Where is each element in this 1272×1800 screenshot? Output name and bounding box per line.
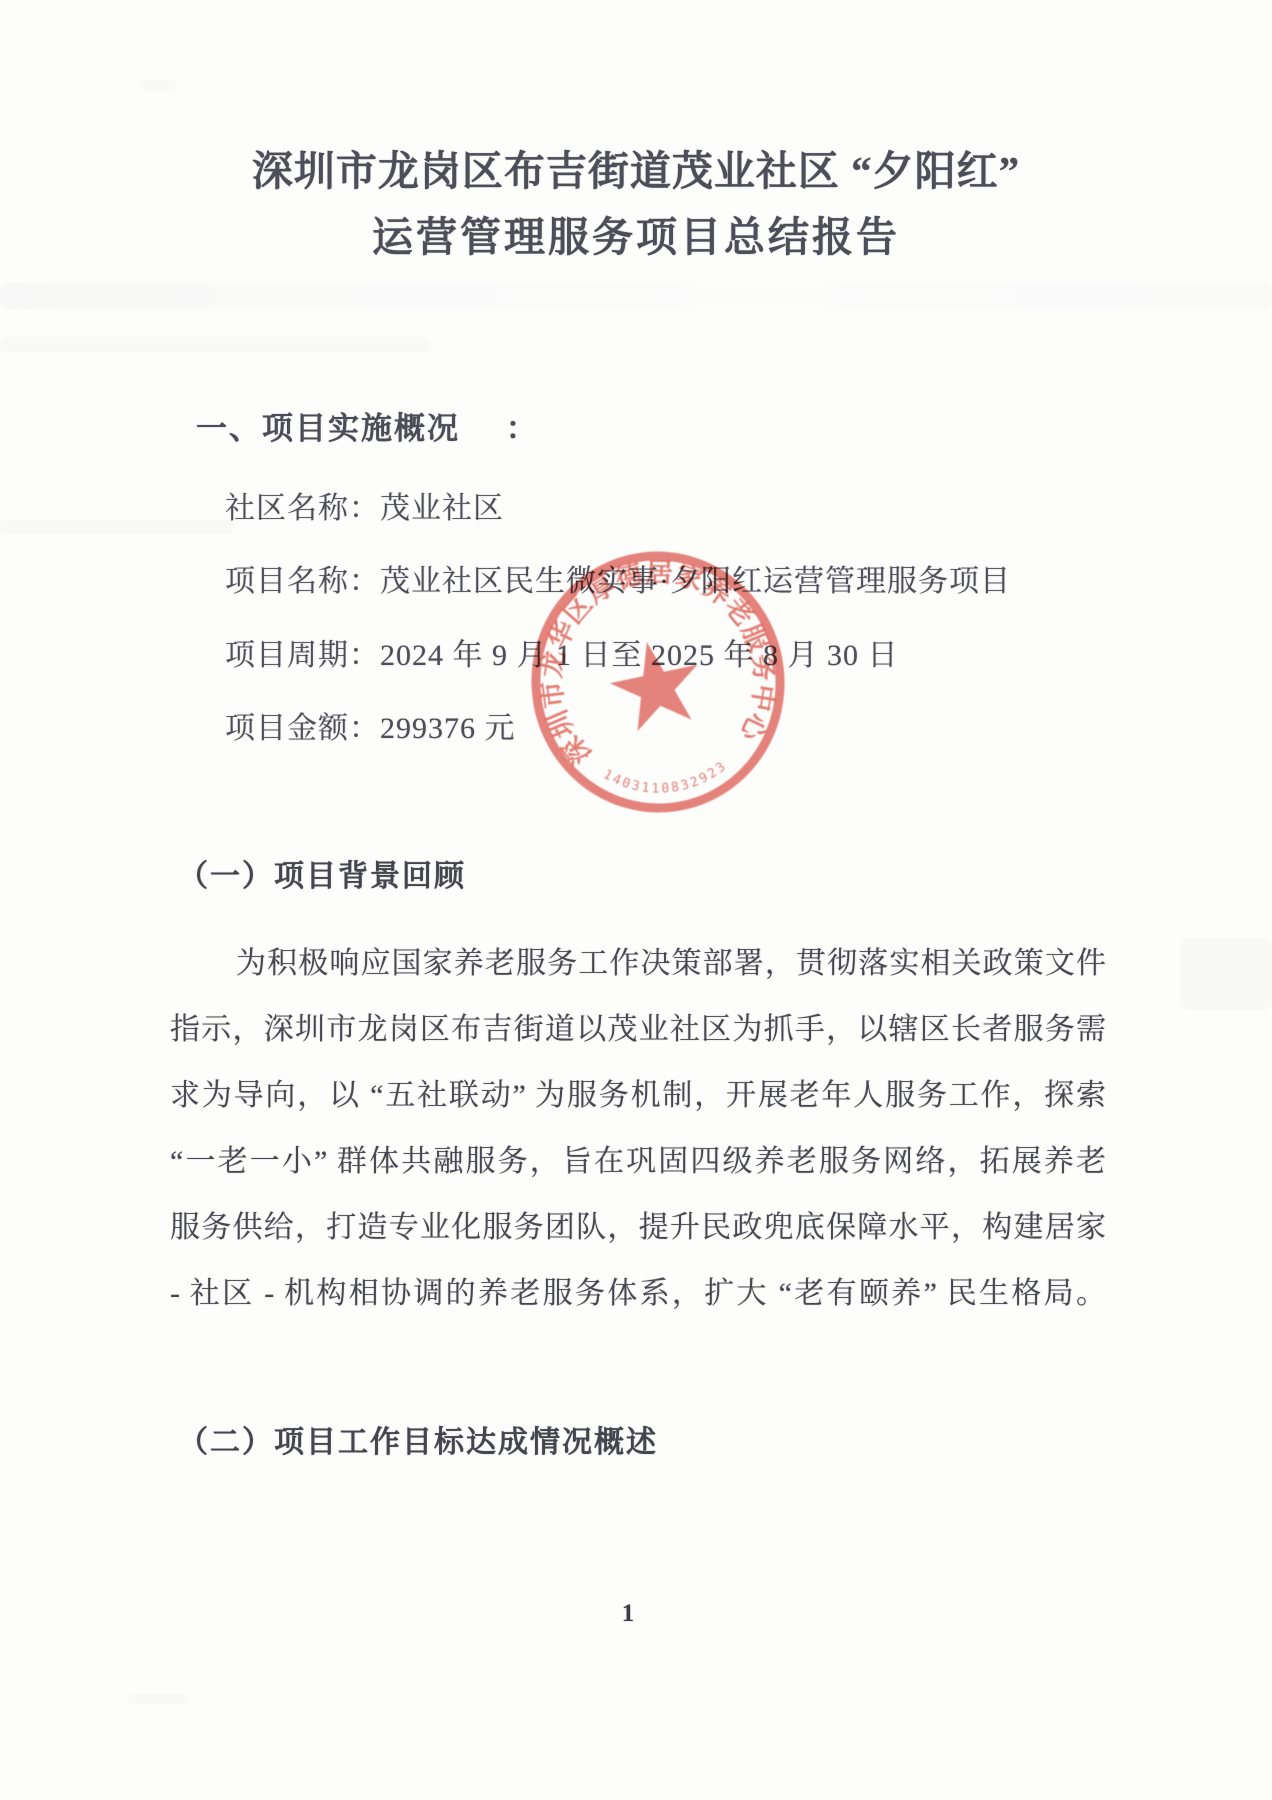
info-label: 项目名称： bbox=[225, 565, 380, 598]
section-heading-colon: ： bbox=[506, 411, 539, 446]
info-label: 项目金额： bbox=[225, 712, 380, 745]
official-seal-stamp: 深圳市龙华区厚德居家养老服务中心 1403110832923 bbox=[518, 540, 798, 830]
info-row-project-amount: 项目金额：299376 元 bbox=[225, 703, 516, 747]
scan-artifact bbox=[0, 283, 1272, 309]
scan-artifact bbox=[0, 337, 430, 353]
subsection-heading-goals: （二）项目工作目标达成情况概述 bbox=[178, 1417, 658, 1461]
info-label: 项目周期： bbox=[225, 639, 380, 672]
star-icon bbox=[606, 637, 704, 733]
paragraph-line: 求为导向，以 “五社联动” 为服务机制，开展老年人服务工作，探索 bbox=[170, 1070, 1106, 1114]
section-heading-text: 一、项目实施概况 bbox=[196, 411, 460, 446]
info-value: 茂业社区 bbox=[380, 492, 504, 525]
scan-artifact bbox=[128, 1694, 188, 1704]
paragraph-line: 指示，深圳市龙岗区布吉街道以茂业社区为抓手，以辖区长者服务需 bbox=[170, 1004, 1106, 1048]
scan-artifact bbox=[1180, 938, 1272, 1010]
info-label: 社区名称： bbox=[225, 492, 380, 525]
info-row-community-name: 社区名称：茂业社区 bbox=[225, 483, 504, 527]
page-number: 1 bbox=[0, 1600, 1256, 1628]
scan-artifact bbox=[0, 520, 235, 534]
document-title-line-2: 运营管理服务项目总结报告 bbox=[0, 204, 1272, 263]
document-title-line-1: 深圳市龙岗区布吉街道茂业社区 “夕阳红” bbox=[0, 138, 1272, 197]
document-page: 深圳市龙岗区布吉街道茂业社区 “夕阳红” 运营管理服务项目总结报告 一、项目实施… bbox=[0, 0, 1272, 1800]
section-heading-overview: 一、项目实施概况 ： bbox=[196, 403, 539, 448]
subsection-heading-background: （一）项目背景回顾 bbox=[178, 851, 466, 895]
paragraph-line: “一老一小” 群体共融服务，旨在巩固四级养老服务网络，拓展养老 bbox=[170, 1136, 1106, 1180]
paragraph-line: 为积极响应国家养老服务工作决策部署，贯彻落实相关政策文件 bbox=[236, 938, 1106, 982]
info-value: 299376 元 bbox=[380, 712, 516, 745]
paragraph-line: 服务供给，打造专业化服务团队，提升民政兜底保障水平，构建居家 bbox=[170, 1202, 1106, 1246]
scan-artifact bbox=[140, 80, 176, 92]
paragraph-line: - 社区 - 机构相协调的养老服务体系，扩大 “老有颐养” 民生格局。 bbox=[170, 1268, 1106, 1312]
